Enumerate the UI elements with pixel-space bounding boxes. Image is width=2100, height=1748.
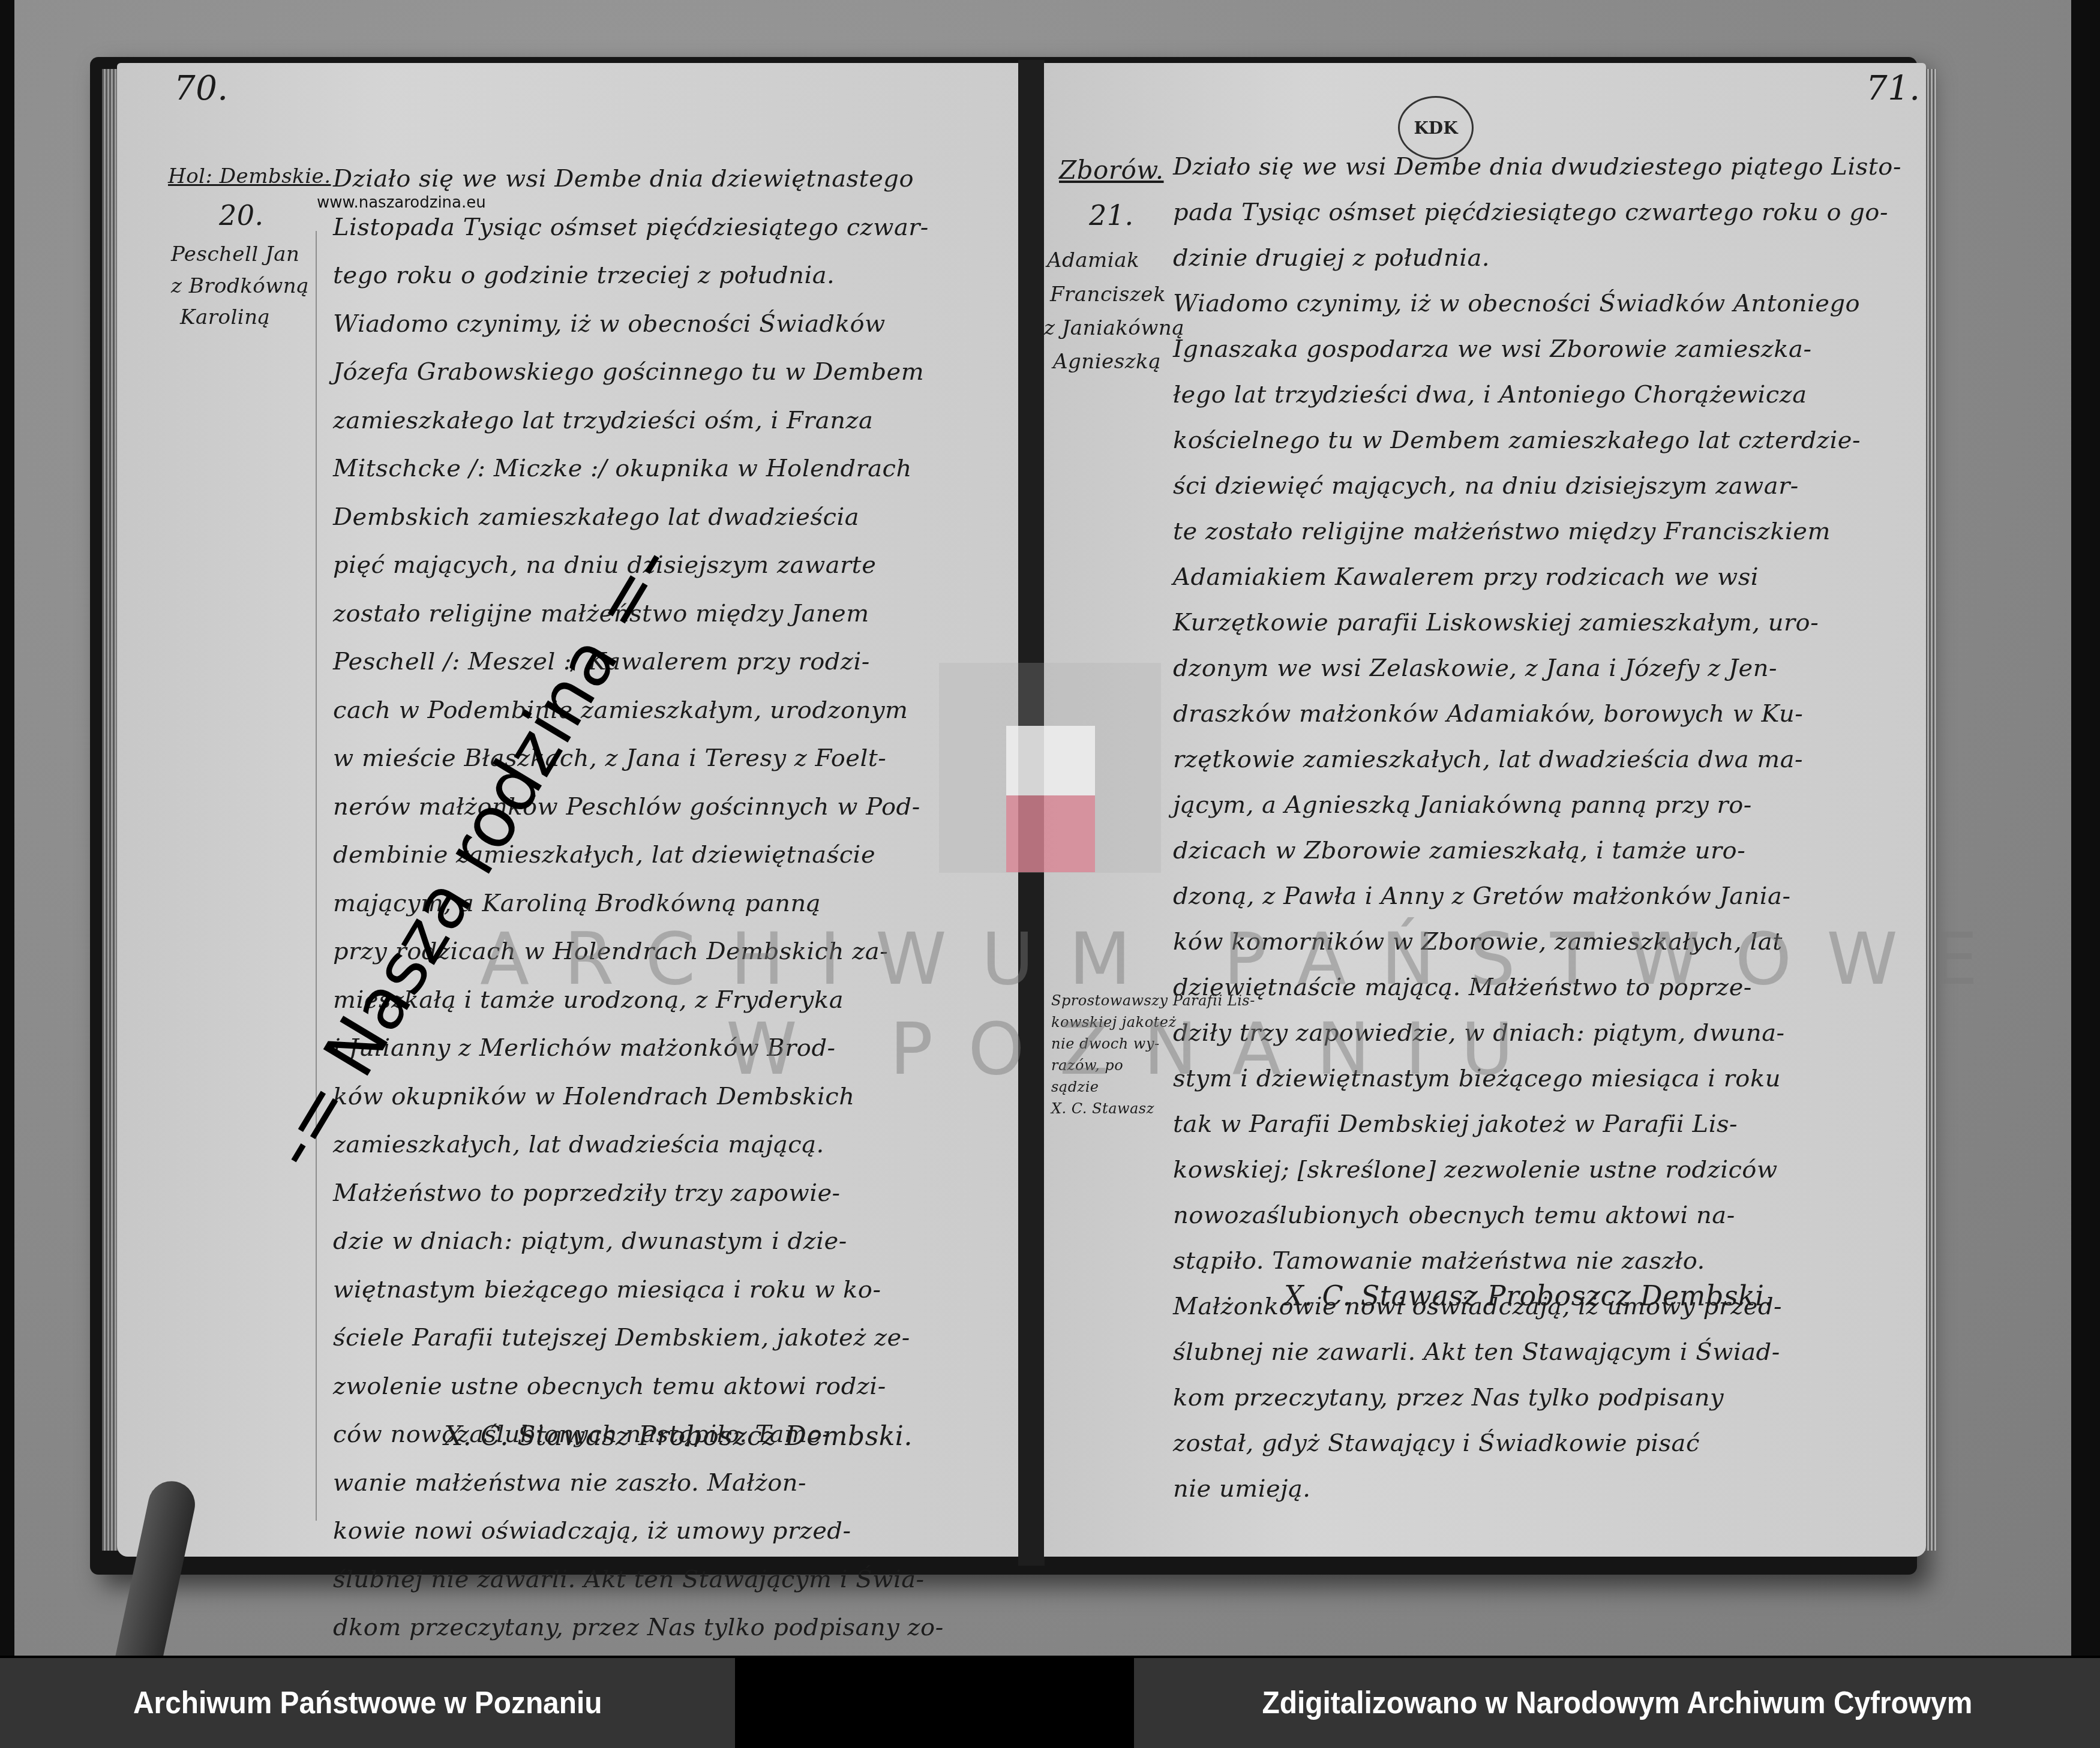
right-margin-name-3: z Janiakówną: [1044, 311, 1184, 346]
scanner-frame-right: [2071, 0, 2100, 1656]
left-signature: X. C. Stawasz Proboszcz Dembski.: [444, 1413, 913, 1461]
footer-archive-name: Archiwum Państwowe w Poznaniu: [133, 1685, 602, 1721]
left-margin-place: Hol: Dembskie.: [168, 159, 331, 194]
right-entry-number: 21.: [1089, 198, 1134, 233]
left-entry-number: 20.: [219, 198, 264, 233]
footer-digitization-note: Zdigitalizowano w Narodowym Archiwum Cyf…: [1262, 1685, 1972, 1721]
scanner-frame-left: [0, 0, 14, 1656]
right-margin-place: Zborów.: [1059, 153, 1164, 188]
right-page-number: 71.: [1866, 69, 1921, 108]
archive-logo-flag-red: [1006, 795, 1095, 872]
right-signature: X. C. Stawasz Proboszcz Dembski.: [1284, 1272, 1774, 1320]
watermark-archive-line2: W POZNANIU: [726, 1008, 1549, 1091]
watermark-archive-line1: ARCHIWUM PAŃSTWOWE: [480, 918, 2013, 1001]
left-margin-name-2: z Brodkówną: [171, 269, 309, 304]
left-page-number: 70.: [174, 69, 229, 108]
right-margin-name-4: Agnieszką: [1053, 344, 1161, 379]
document-scan: 70. Hol: Dembskie. 20. Peschell Jan z Br…: [0, 0, 2100, 1656]
right-margin-name-1: Adamiak: [1047, 243, 1139, 278]
margin-rule: [316, 231, 317, 1521]
archive-logo-flag-white: [1006, 726, 1095, 795]
left-margin-name-1: Peschell Jan: [171, 237, 299, 272]
footer-left-panel: Archiwum Państwowe w Poznaniu: [0, 1658, 735, 1748]
footer-bar: Archiwum Państwowe w Poznaniu Zdigitaliz…: [0, 1656, 2100, 1748]
watermark-site-url: www.naszarodzina.eu: [317, 194, 486, 212]
footer-right-panel: Zdigitalizowano w Narodowym Archiwum Cyf…: [1134, 1658, 2100, 1748]
left-margin-name-3: Karoliną: [180, 300, 270, 335]
right-margin-name-2: Franciszek: [1050, 277, 1166, 312]
